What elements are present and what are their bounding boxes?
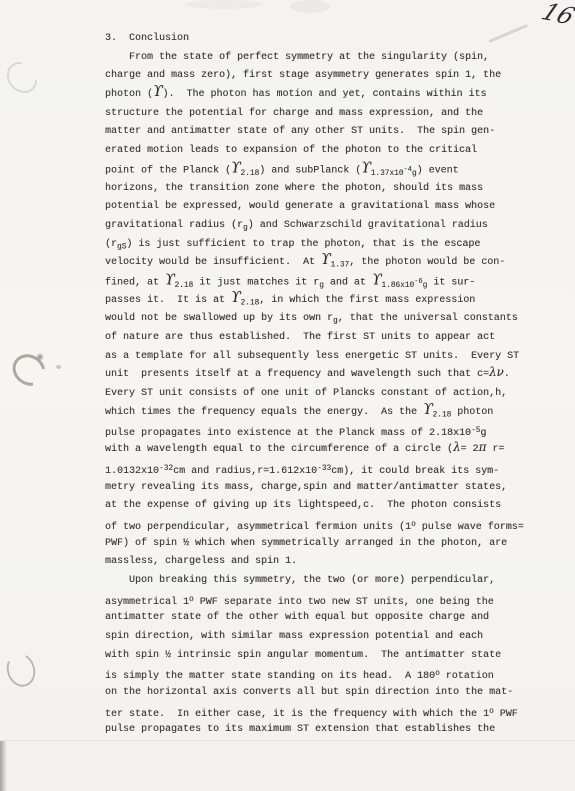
ink-blob — [36, 353, 44, 361]
text-line: gravitational radius (rg) and Schwarzsch… — [105, 217, 550, 236]
text-block: 3. Conclusion From the state of perfect … — [105, 30, 550, 740]
text-line: with spin ½ intrinsic spin angular momen… — [105, 647, 550, 666]
text-line: of two perpendicular, asymmetrical fermi… — [105, 516, 550, 535]
text-line: From the state of perfect symmetry at th… — [105, 49, 550, 68]
superscript: o — [435, 670, 440, 678]
text-line: which times the frequency equals the ene… — [105, 404, 550, 423]
text-line: pulse propagates into existence at the P… — [105, 422, 550, 441]
gamma-symbol: ϒ — [231, 160, 240, 176]
subscript: 2.18 — [241, 299, 260, 307]
text-line: ter state. In either case, it is the fre… — [105, 703, 550, 722]
subscript: 2.18 — [241, 170, 260, 178]
greek-symbol: λ — [453, 440, 460, 454]
text-line: unit presents itself at a frequency and … — [105, 366, 550, 385]
scan-smudge — [185, 0, 263, 9]
scanned-document-page: 16 3. Conclusion From the state of perfe… — [0, 0, 575, 791]
sub-exponent: -4 — [403, 166, 411, 174]
text-line: potential be expressed, would generate a… — [105, 198, 550, 217]
text-line: Every ST unit consists of one unit of Pl… — [105, 385, 550, 404]
greek-symbol: π — [479, 440, 487, 454]
greek-symbol: λ — [489, 365, 496, 379]
text-line: point of the Planck (ϒ2.18) and subPlanc… — [105, 161, 550, 180]
text-line: photon (ϒ). The photon has motion and ye… — [105, 86, 550, 105]
subscript: 2.18 — [433, 411, 452, 419]
stray-dot — [56, 365, 61, 369]
text-line: passes it. It is at ϒ2.18, in which the … — [105, 292, 550, 311]
text-line: 1.0132x10-32cm and radius,r=1.612x10-33c… — [105, 460, 550, 479]
text-line: pulse propagates to its maximum ST exten… — [105, 721, 550, 740]
text-line: matter and antimatter state of any other… — [105, 123, 550, 142]
gamma-symbol: ϒ — [361, 160, 370, 176]
subscript: 1.37 — [331, 262, 350, 270]
text-line: 3. Conclusion — [105, 30, 550, 49]
text-line: horizons, the transition zone where the … — [105, 180, 550, 199]
text-line: metry revealing its mass, charge,spin an… — [105, 479, 550, 498]
gamma-symbol: ϒ — [231, 290, 240, 306]
superscript: -32 — [159, 465, 173, 473]
subscript: g — [319, 282, 324, 290]
text-line: with a wavelength equal to the circumfer… — [105, 441, 550, 460]
scan-shadow — [0, 741, 7, 791]
text-line: charge and mass zero), first stage asymm… — [105, 67, 550, 86]
subscript: 1.86x10 — [381, 282, 414, 290]
text-line: PWF) of spin ½ which when symmetrically … — [105, 535, 550, 554]
text-line: velocity would be insufficient. At ϒ1.37… — [105, 254, 550, 273]
scan-smudge — [290, 0, 330, 13]
page-number-handwritten: 16 — [537, 0, 575, 30]
subscript: g — [333, 318, 338, 326]
gamma-symbol: ϒ — [321, 252, 330, 268]
gamma-symbol: ϒ — [372, 272, 381, 288]
scan-edge-strip — [0, 740, 575, 791]
text-line: erated motion leads to expansion of the … — [105, 142, 550, 161]
sub-exponent: -6 — [414, 278, 422, 286]
superscript: -33 — [317, 465, 331, 473]
text-line: structure the potential for charge and m… — [105, 105, 550, 124]
subscript: g — [423, 282, 428, 290]
superscript: -5 — [471, 427, 480, 435]
gamma-symbol: ϒ — [423, 402, 432, 418]
subscript: g — [412, 170, 417, 178]
text-line: Upon breaking this symmetry, the two (or… — [105, 572, 550, 591]
subscript: gS — [117, 243, 126, 251]
greek-symbol: ν — [497, 365, 504, 379]
superscript: o — [411, 521, 416, 529]
subscript: g — [243, 224, 248, 232]
text-line: on the horizontal axis converts all but … — [105, 684, 550, 703]
text-line: spin direction, with similar mass expres… — [105, 628, 550, 647]
hole-punch-mark — [2, 650, 39, 691]
text-line: of nature are thus established. The firs… — [105, 329, 550, 348]
superscript: o — [489, 708, 494, 716]
text-line: as a template for all subsequently less … — [105, 348, 550, 367]
text-line: massless, chargeless and spin 1. — [105, 553, 550, 572]
text-line: would not be swallowed up by its own rg,… — [105, 310, 550, 329]
text-line: fined, at ϒ2.18 it just matches it rg an… — [105, 273, 550, 292]
gamma-symbol: ϒ — [153, 84, 162, 100]
hole-punch-mark — [6, 348, 51, 392]
superscript: o — [189, 596, 194, 604]
hole-punch-mark — [1, 56, 44, 99]
subscript: 1.37x10 — [371, 170, 404, 178]
text-line: is simply the matter state standing on i… — [105, 665, 550, 684]
subscript: 2.18 — [174, 282, 193, 290]
text-line: at the expense of giving up its lightspe… — [105, 497, 550, 516]
text-line: asymmetrical 1o PWF separate into two ne… — [105, 591, 550, 610]
text-line: antimatter state of the other with equal… — [105, 609, 550, 628]
